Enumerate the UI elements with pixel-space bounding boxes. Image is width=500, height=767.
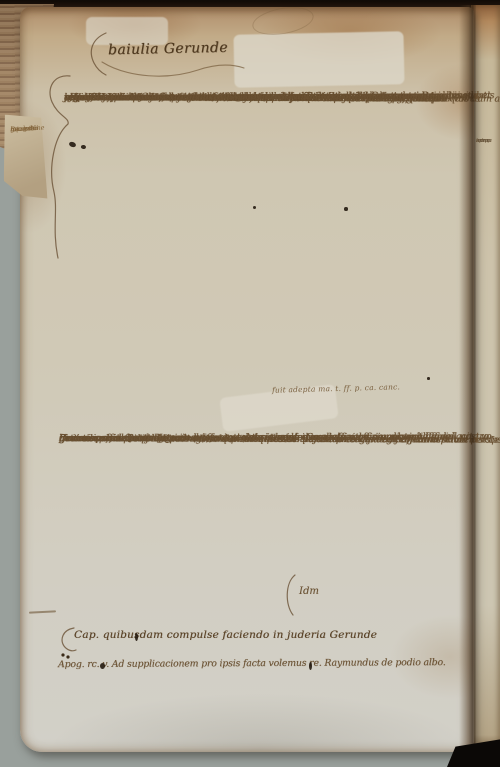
manuscript-line: anno Dni. m. ccc. xl. sexto. Jo. exi. — [64, 89, 219, 107]
margin-note-line: tot. getis — [10, 122, 39, 135]
ink-blot — [100, 663, 105, 669]
title-underline-flourish — [98, 56, 248, 82]
manuscript-line: Dni. m. ccc. xl. sexto. Jo. exi. — [59, 429, 189, 447]
idem-note: Idm — [299, 585, 319, 598]
ink-blot — [309, 662, 312, 670]
ink-blot — [427, 377, 430, 380]
idem-bracket-flourish — [283, 573, 297, 617]
ink-blot — [253, 206, 256, 209]
manuscript-photo: hec est aqua dni Re dats gravamine tot. … — [0, 0, 500, 767]
ink-blot — [81, 145, 87, 149]
neighbor-text-fragment: nnno — [476, 136, 490, 147]
section-heading: Cap. quibusdam compulse faciendo in jude… — [74, 628, 404, 642]
ink-blot — [344, 207, 348, 211]
neighbor-page-text: sm hnr p ssima apm mi p nnno — [476, 136, 499, 202]
final-entry-line: Apog. rc. v. Ad supplicacionem pro ipsis… — [58, 656, 470, 671]
ink-blot — [135, 633, 138, 641]
